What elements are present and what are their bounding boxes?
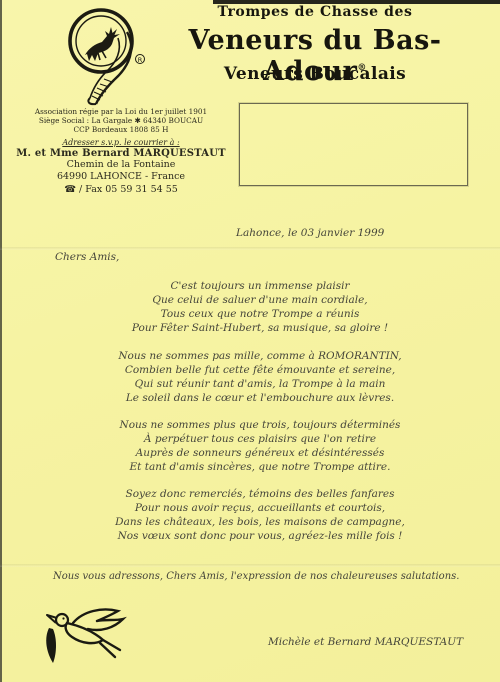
svg-text:R: R — [138, 56, 143, 64]
stag-silhouette — [85, 27, 120, 61]
scan-edge-left — [0, 0, 2, 682]
association-siege-line: Siège Social : La Gargale ✱ 64340 BOUCAU — [8, 116, 234, 125]
poem-line: Le soleil dans le cœur et l'embouchure a… — [60, 391, 460, 405]
mailing-note: Adresser s.v.p. le courrier à : — [8, 138, 234, 147]
poem-line: Soyez donc remerciés, témoins des belles… — [60, 487, 460, 501]
scanned-letter-page: R Trompes de Chasse des Veneurs du Bas-A… — [0, 0, 500, 682]
paper-crease — [0, 247, 500, 250]
poem-line: Nous ne sommes plus que trois, toujours … — [60, 418, 460, 432]
association-law-line: Association régie par la Loi du 1er juil… — [8, 107, 234, 116]
phone-fax-line: ☎ / Fax 05 59 31 54 55 — [8, 184, 234, 195]
poem-line: Nous ne sommes pas mille, comme à ROMORA… — [60, 349, 460, 363]
dove-drawing — [40, 606, 132, 670]
poem-line: Nos vœux sont donc pour vous, agréez-les… — [60, 529, 460, 543]
poem-line: Que celui de saluer d'une main cordiale, — [60, 293, 460, 307]
bell-hatching — [92, 79, 112, 100]
poem-line: Auprès de sonneurs généreux et désintére… — [60, 446, 460, 460]
poem-line: Pour nous avoir reçus, accueillants et c… — [60, 501, 460, 515]
dove-tail — [100, 640, 120, 657]
addressee-name: M. et Mme Bernard MARQUESTAUT — [8, 148, 234, 159]
association-ccp-line: CCP Bordeaux 1808 85 H — [8, 125, 234, 134]
org-subtitle: Veneurs Boucalais — [160, 64, 470, 84]
poem-line: Combien belle fut cette fête émouvante e… — [60, 363, 460, 377]
poem-line: Pour Fêter Saint-Hubert, sa musique, sa … — [60, 321, 460, 335]
olive-branch — [46, 628, 56, 663]
dove-body — [66, 623, 103, 643]
dateline: Lahonce, le 03 janvier 1999 — [236, 227, 384, 239]
poem-stanza-2: Nous ne sommes pas mille, comme à ROMORA… — [60, 349, 460, 405]
org-kind-line: Trompes de Chasse des — [160, 4, 470, 20]
poem-stanza-4: Soyez donc remerciés, témoins des belles… — [60, 487, 460, 543]
poem-line: Tous ceux que notre Trompe a réunis — [60, 307, 460, 321]
paper-crease — [0, 564, 500, 567]
hunting-horn-stag-logo: R — [54, 4, 166, 110]
closing-line: Nous vous adressons, Chers Amis, l'expre… — [53, 571, 459, 582]
address-window-box — [239, 103, 468, 186]
poem-line: Qui sut réunir tant d'amis, la Trompe à … — [60, 377, 460, 391]
poem-line: À perpétuer tous ces plaisirs que l'on r… — [60, 432, 460, 446]
poem-stanza-3: Nous ne sommes plus que trois, toujours … — [60, 418, 460, 474]
signature-names: Michèle et Bernard MARQUESTAUT — [268, 636, 463, 648]
poem-line: C'est toujours un immense plaisir — [60, 279, 460, 293]
address-city: 64990 LAHONCE - France — [8, 171, 234, 183]
poem-line: Dans les châteaux, les bois, les maisons… — [60, 515, 460, 529]
poem-stanza-1: C'est toujours un immense plaisir Que ce… — [60, 279, 460, 335]
poem-line: Et tant d'amis sincères, que notre Tromp… — [60, 460, 460, 474]
salutation: Chers Amis, — [55, 251, 119, 263]
address-street: Chemin de la Fontaine — [8, 159, 234, 171]
association-info: Association régie par la Loi du 1er juil… — [8, 107, 234, 195]
